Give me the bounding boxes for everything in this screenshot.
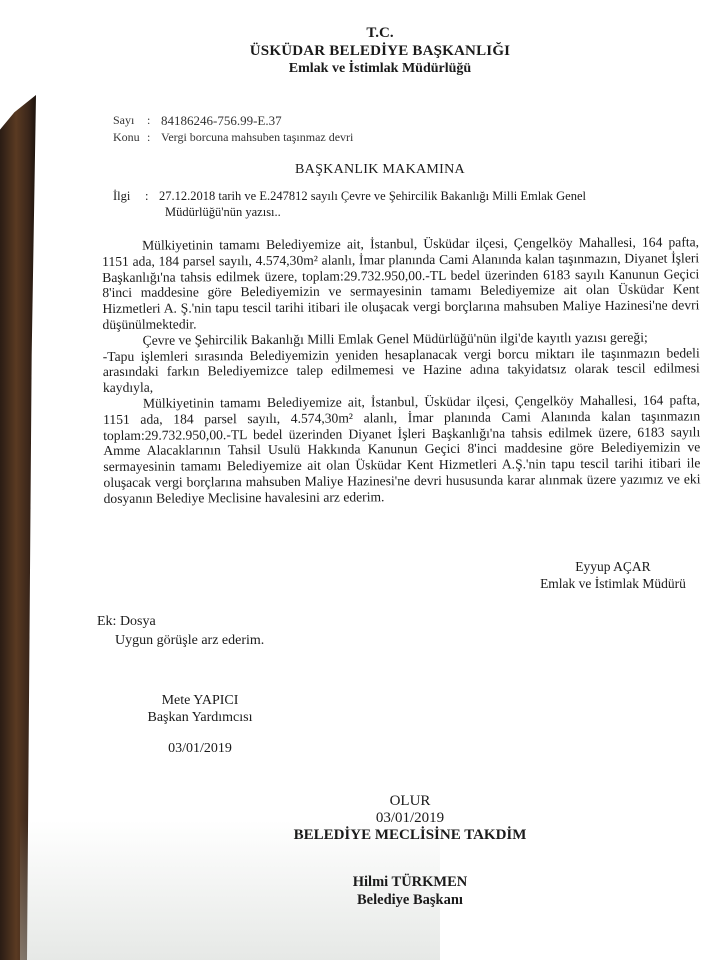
letter-body: Mülkiyetinin tamamı Belediyemize ait, İs… [102,234,701,506]
deputy-name: Mete YAPICI [120,692,280,709]
konu-value: Vergi borcuna mahsuben taşınmaz devri [161,129,353,146]
document-meta: Sayı : 84186246-756.99-E.37 Konu : Vergi… [113,112,353,146]
ilgi-separator: : [145,188,159,220]
mayor-title: Belediye Başkanı [310,891,510,909]
director-name: Eyyup AÇAR [528,558,698,575]
body-paragraph-4: Mülkiyetinin tamamı Belediyemize ait, İs… [103,392,701,506]
approval-block: OLUR 03/01/2019 BELEDİYE MECLİSİNE TAKDİ… [210,793,610,844]
ilgi-line-1: 27.12.2018 tarih ve E.247812 sayılı Çevr… [159,189,586,203]
deputy-date: 03/01/2019 [120,740,280,757]
sayi-row: Sayı : 84186246-756.99-E.37 [113,112,353,129]
deputy-title: Başkan Yardımcısı [120,709,280,726]
opinion-text: Uygun görüşle arz ederim. [97,631,264,650]
approval-referral: BELEDİYE MECLİSİNE TAKDİM [210,827,610,844]
director-title: Emlak ve İstimlak Müdürü [528,575,698,592]
ilgi-reference: İlgi : 27.12.2018 tarih ve E.247812 sayı… [113,188,633,220]
letterhead: T.C. ÜSKÜDAR BELEDİYE BAŞKANLIĞI Emlak v… [0,24,720,78]
signature-block-mayor: Hilmi TÜRKMEN Belediye Başkanı [310,873,510,909]
mayor-name: Hilmi TÜRKMEN [310,873,510,891]
signature-block-deputy: Mete YAPICI Başkan Yardımcısı 03/01/2019 [120,692,280,757]
letterhead-institution: ÜSKÜDAR BELEDİYE BAŞKANLIĞI [0,42,720,60]
sayi-separator: : [147,112,161,129]
ilgi-line-2: Müdürlüğü'nün yazısı.. [159,204,633,220]
addressee: BAŞKANLIK MAKAMINA [0,162,720,178]
letterhead-department: Emlak ve İstimlak Müdürlüğü [0,60,720,78]
ilgi-value: 27.12.2018 tarih ve E.247812 sayılı Çevr… [159,188,633,220]
photo-background-edge [0,95,36,960]
body-paragraph-1: Mülkiyetinin tamamı Belediyemize ait, İs… [102,234,700,332]
approval-olur: OLUR [210,793,610,810]
letterhead-republic: T.C. [0,24,720,42]
ilgi-label: İlgi [113,188,145,220]
body-paragraph-3: -Tapu işlemleri sırasında Belediyemizin … [103,345,700,396]
sayi-label: Sayı [113,112,147,129]
konu-label: Konu [113,129,147,146]
sayi-value: 84186246-756.99-E.37 [161,112,282,129]
attachment-block: Ek: Dosya Uygun görüşle arz ederim. [97,612,264,650]
approval-date: 03/01/2019 [210,810,610,827]
konu-row: Konu : Vergi borcuna mahsuben taşınmaz d… [113,129,353,146]
signature-block-director: Eyyup AÇAR Emlak ve İstimlak Müdürü [528,558,698,592]
attachment-label: Ek: Dosya [97,614,156,629]
konu-separator: : [147,129,161,146]
